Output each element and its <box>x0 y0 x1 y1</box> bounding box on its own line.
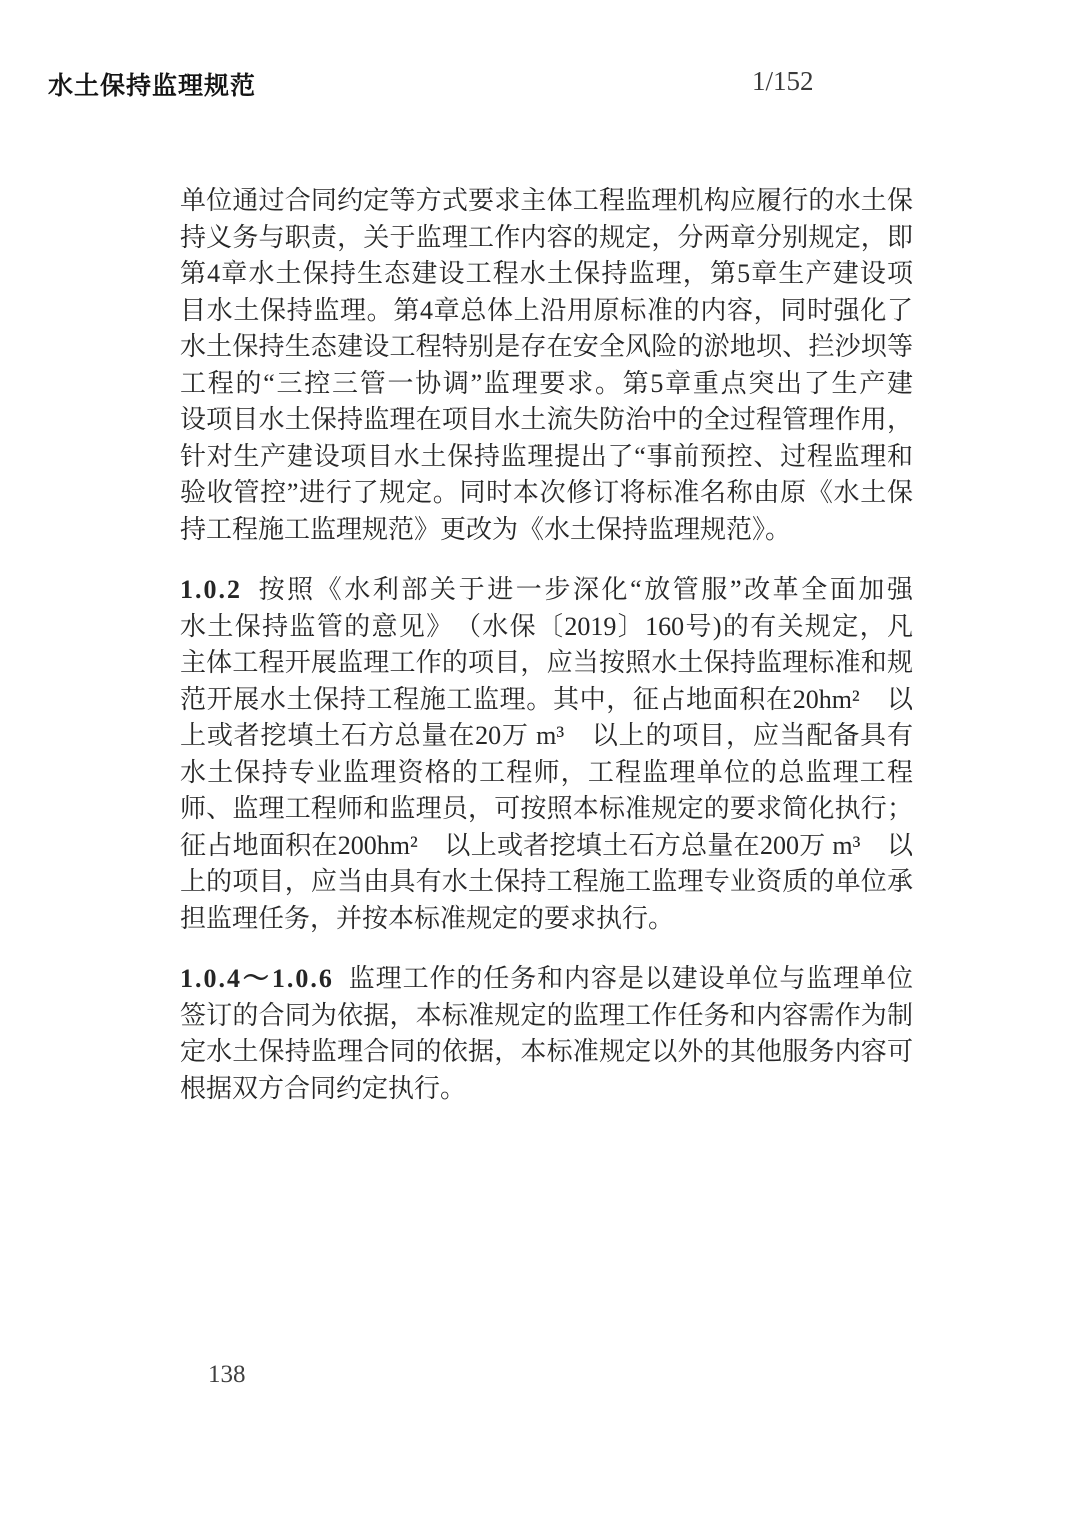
text-line: 1.0.2按照《水利部关于进一步深化“放管服”改革全面加强 <box>180 572 913 609</box>
page-number: 138 <box>208 1361 246 1389</box>
text-line: 设项目水土保持监理在项目水土流失防治中的全过程管理作用， <box>180 402 913 439</box>
text-line: 签订的合同为依据，本标准规定的监理工作任务和内容需作为制 <box>180 998 913 1035</box>
text-line: 上或者挖填土石方总量在20万 m³ 以上的项目，应当配备具有 <box>180 718 913 755</box>
text-line: 1.0.4～1.0.6监理工作的任务和内容是以建设单位与监理单位 <box>180 961 913 998</box>
text-line: 第4章水土保持生态建设工程水土保持监理，第5章生产建设项 <box>180 256 913 293</box>
text-line: 担监理任务，并按本标准规定的要求执行。 <box>180 901 913 938</box>
text-line: 持工程施工监理规范》更改为《水土保持监理规范》。 <box>180 512 913 549</box>
text-line: 单位通过合同约定等方式要求主体工程监理机构应履行的水土保 <box>180 183 913 220</box>
text-line-fragment: 监理工作的任务和内容是以建设单位与监理单位 <box>348 964 913 993</box>
text-line: 工程的“三控三管一协调”监理要求。第5章重点突出了生产建 <box>180 366 913 403</box>
text-line: 目水土保持监理。第4章总体上沿用原标准的内容，同时强化了 <box>180 293 913 330</box>
text-line: 范开展水土保持工程施工监理。其中，征占地面积在20hm² 以 <box>180 682 913 719</box>
section-number: 1.0.2 <box>180 575 242 604</box>
text-line: 水土保持专业监理资格的工程师，工程监理单位的总监理工程 <box>180 755 913 792</box>
text-line: 验收管控”进行了规定。同时本次修订将标准名称由原《水土保 <box>180 475 913 512</box>
section-number: 1.0.4～1.0.6 <box>180 964 334 993</box>
document-page: 水土保持监理规范 1/152 单位通过合同约定等方式要求主体工程监理机构应履行的… <box>0 0 1080 1527</box>
text-line: 征占地面积在200hm² 以上或者挖填土石方总量在200万 m³ 以 <box>180 828 913 865</box>
text-line: 定水土保持监理合同的依据，本标准规定以外的其他服务内容可 <box>180 1034 913 1071</box>
text-line: 水土保持生态建设工程特别是存在安全风险的淤地坝、拦沙坝等 <box>180 329 913 366</box>
text-line: 针对生产建设项目水土保持监理提出了“事前预控、过程监理和 <box>180 439 913 476</box>
text-line: 师、监理工程师和监理员，可按照本标准规定的要求简化执行； <box>180 791 913 828</box>
document-title: 水土保持监理规范 <box>48 66 256 102</box>
paragraph-clause-1-0-2: 1.0.2按照《水利部关于进一步深化“放管服”改革全面加强 水土保持监管的意见》… <box>180 572 913 937</box>
text-line: 根据双方合同约定执行。 <box>180 1071 913 1108</box>
text-line-fragment: 按照《水利部关于进一步深化“放管服”改革全面加强 <box>256 575 913 604</box>
text-line: 主体工程开展监理工作的项目，应当按照水土保持监理标准和规 <box>180 645 913 682</box>
text-line: 持义务与职责，关于监理工作内容的规定，分两章分别规定，即 <box>180 220 913 257</box>
text-line: 上的项目，应当由具有水土保持工程施工监理专业资质的单位承 <box>180 864 913 901</box>
paragraph-intro: 单位通过合同约定等方式要求主体工程监理机构应履行的水土保 持义务与职责，关于监理… <box>180 183 913 548</box>
document-body: 单位通过合同约定等方式要求主体工程监理机构应履行的水土保 持义务与职责，关于监理… <box>180 183 913 1131</box>
page-indicator: 1/152 <box>752 66 814 97</box>
paragraph-clause-1-0-4-to-1-0-6: 1.0.4～1.0.6监理工作的任务和内容是以建设单位与监理单位 签订的合同为依… <box>180 961 913 1107</box>
text-line: 水土保持监管的意见》 （水保〔2019〕160号)的有关规定，凡 <box>180 609 913 646</box>
